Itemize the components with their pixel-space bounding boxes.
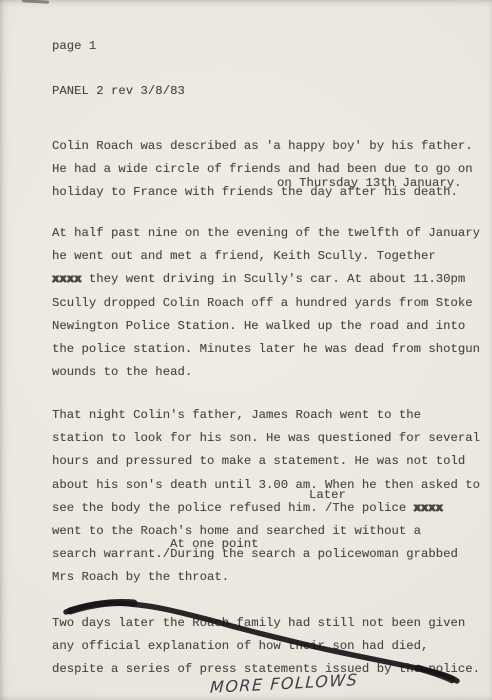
document-page: page 1 PANEL 2 rev 3/8/83 Colin Roach wa… <box>0 0 492 700</box>
text-line: Mrs Roach by the throat. <box>52 566 480 589</box>
scan-artifact-mark <box>22 0 49 4</box>
text-segment: they went driving in Scully's car. At ab… <box>82 272 466 286</box>
text-segment: see the body the police refused him. /Th… <box>52 501 414 515</box>
text-line: That night Colin's father, James Roach w… <box>52 404 480 427</box>
text-line: xxxx they went driving in Scully's car. … <box>52 268 480 291</box>
text-line: station to look for his son. He was ques… <box>52 427 480 450</box>
text-line: wounds to the head. <box>52 361 480 384</box>
paragraph-1: Colin Roach was described as 'a happy bo… <box>52 135 473 205</box>
text-line: search warrant./During the search a poli… <box>52 543 480 566</box>
text-line: went to the Roach's home and searched it… <box>52 520 480 543</box>
text-line: hours and pressured to make a statement.… <box>52 450 480 473</box>
paragraph-3: That night Colin's father, James Roach w… <box>52 404 480 590</box>
panel-revision-label: PANEL 2 rev 3/8/83 <box>52 80 185 103</box>
panel-revision-text: PANEL 2 rev 3/8/83 <box>52 80 185 103</box>
text-line: Colin Roach was described as 'a happy bo… <box>52 135 473 158</box>
page-number-text: page 1 <box>52 35 96 58</box>
page-number-label: page 1 <box>52 35 96 58</box>
typed-strikeout: xxxx <box>414 501 444 515</box>
text-line: the police station. Minutes later he was… <box>52 338 480 361</box>
text-line: Scully dropped Colin Roach off a hundred… <box>52 292 480 315</box>
text-line: he went out and met a friend, Keith Scul… <box>52 245 480 268</box>
text-line: At half past nine on the evening of the … <box>52 222 480 245</box>
typed-strikeout: xxxx <box>52 272 82 286</box>
typed-insertion-at-one-point: At one point <box>170 538 259 550</box>
text-line: Newington Police Station. He walked up t… <box>52 315 480 338</box>
paragraph-4: Two days later the Roach family had stil… <box>52 612 480 682</box>
paragraph-2: At half past nine on the evening of the … <box>52 222 480 384</box>
typed-insertion-thursday: on Thursday 13th January. <box>277 177 461 189</box>
typed-insertion-later: Later <box>309 489 346 501</box>
text-line: see the body the police refused him. /Th… <box>52 497 480 520</box>
text-line: Two days later the Roach family had stil… <box>52 612 480 635</box>
text-line: about his son's death until 3.00 am. Whe… <box>52 474 480 497</box>
text-line: any official explanation of how their so… <box>52 635 480 658</box>
